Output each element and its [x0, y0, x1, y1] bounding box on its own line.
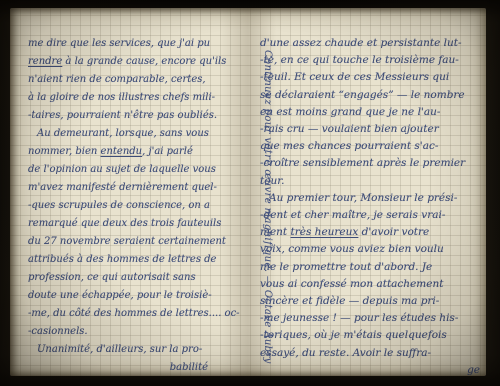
- handwritten-line: profession, ce qui autorisait sans: [28, 269, 252, 287]
- handwritten-line: rendre à la grande cause, encore qu'ils: [28, 53, 252, 71]
- letter-photograph: me dire que les services, que j'ai puren…: [0, 0, 500, 386]
- handwritten-line: -ques scrupules de conscience, on a: [28, 197, 252, 215]
- handwritten-line: sincère et fidèle — depuis ma pri-: [260, 293, 488, 310]
- handwritten-line: n'aient rien de comparable, certes,: [28, 71, 252, 89]
- handwritten-line: -rais cru — voulaient bien ajouter: [260, 121, 488, 138]
- handwritten-line: essayé, du reste. Avoir le suffra-: [260, 345, 488, 362]
- handwritten-line: Au premier tour, Monsieur le prési-: [260, 190, 488, 207]
- letter-page-right: d'une assez chaude et persistante lut--t…: [260, 35, 488, 379]
- handwritten-line: -teuil. Et ceux de ces Messieurs qui: [260, 69, 488, 86]
- handwritten-line: -dent et cher maître, je serais vrai-: [260, 207, 488, 224]
- handwritten-line: du 27 novembre seraient certainement: [28, 233, 252, 251]
- handwritten-line: se déclaraient “engagés” — le nombre: [260, 87, 488, 104]
- handwritten-line: Unanimité, d'ailleurs, sur la pro-: [28, 341, 252, 359]
- handwritten-line: d'une assez chaude et persistante lut-: [260, 35, 488, 52]
- handwritten-line: Au demeurant, lorsque, sans vous: [28, 125, 252, 143]
- handwritten-line: en est moins grand que je ne l'au-: [260, 104, 488, 121]
- handwritten-line: -casionnels.: [28, 323, 252, 341]
- handwritten-line: à la gloire de nos illustres chefs mili-: [28, 89, 252, 107]
- handwritten-line: doute une échappée, pour le troisiè-: [28, 287, 252, 305]
- handwritten-line: -me, du côté des hommes de lettres.... o…: [28, 305, 252, 323]
- handwritten-line: -te, en ce qui touche le troisième fau-: [260, 52, 488, 69]
- gutter-margin-note: Continuez pour votre œuvre magnifique. —…: [262, 50, 273, 364]
- handwritten-line: babilité: [28, 359, 252, 377]
- handwritten-line: me dire que les services, que j'ai pu: [28, 35, 252, 53]
- handwritten-line: de l'opinion au sujet de laquelle vous: [28, 161, 252, 179]
- handwritten-line: que mes chances pourraient s'ac-: [260, 138, 488, 155]
- letter-page-left: me dire que les services, que j'ai puren…: [28, 35, 252, 377]
- handwritten-line: nommer, bien entendu, j'ai parlé: [28, 143, 252, 161]
- letter-sheet: me dire que les services, que j'ai puren…: [10, 8, 486, 376]
- handwritten-line: attribués à des hommes de lettres de: [28, 251, 252, 269]
- handwritten-line: m'avez manifesté dernièrement quel-: [28, 179, 252, 197]
- handwritten-line: -croître sensiblement après le premier: [260, 155, 488, 172]
- handwritten-line: vous ai confessé mon attachement: [260, 276, 488, 293]
- handwritten-line: voix, comme vous aviez bien voulu: [260, 241, 488, 258]
- handwritten-line: me le promettre tout d'abord. Je: [260, 259, 488, 276]
- handwritten-line: -taires, pourraient n'être pas oubliés.: [28, 107, 252, 125]
- handwritten-line: ment très heureux d'avoir votre: [260, 224, 488, 241]
- handwritten-line: remarqué que deux des trois fauteuils: [28, 215, 252, 233]
- handwritten-line: -toriques, où je m'étais quelquefois: [260, 327, 488, 344]
- handwritten-line: tour.: [260, 173, 488, 190]
- handwritten-line: -me jeunesse ! — pour les études his-: [260, 310, 488, 327]
- handwritten-line: ge: [260, 362, 488, 379]
